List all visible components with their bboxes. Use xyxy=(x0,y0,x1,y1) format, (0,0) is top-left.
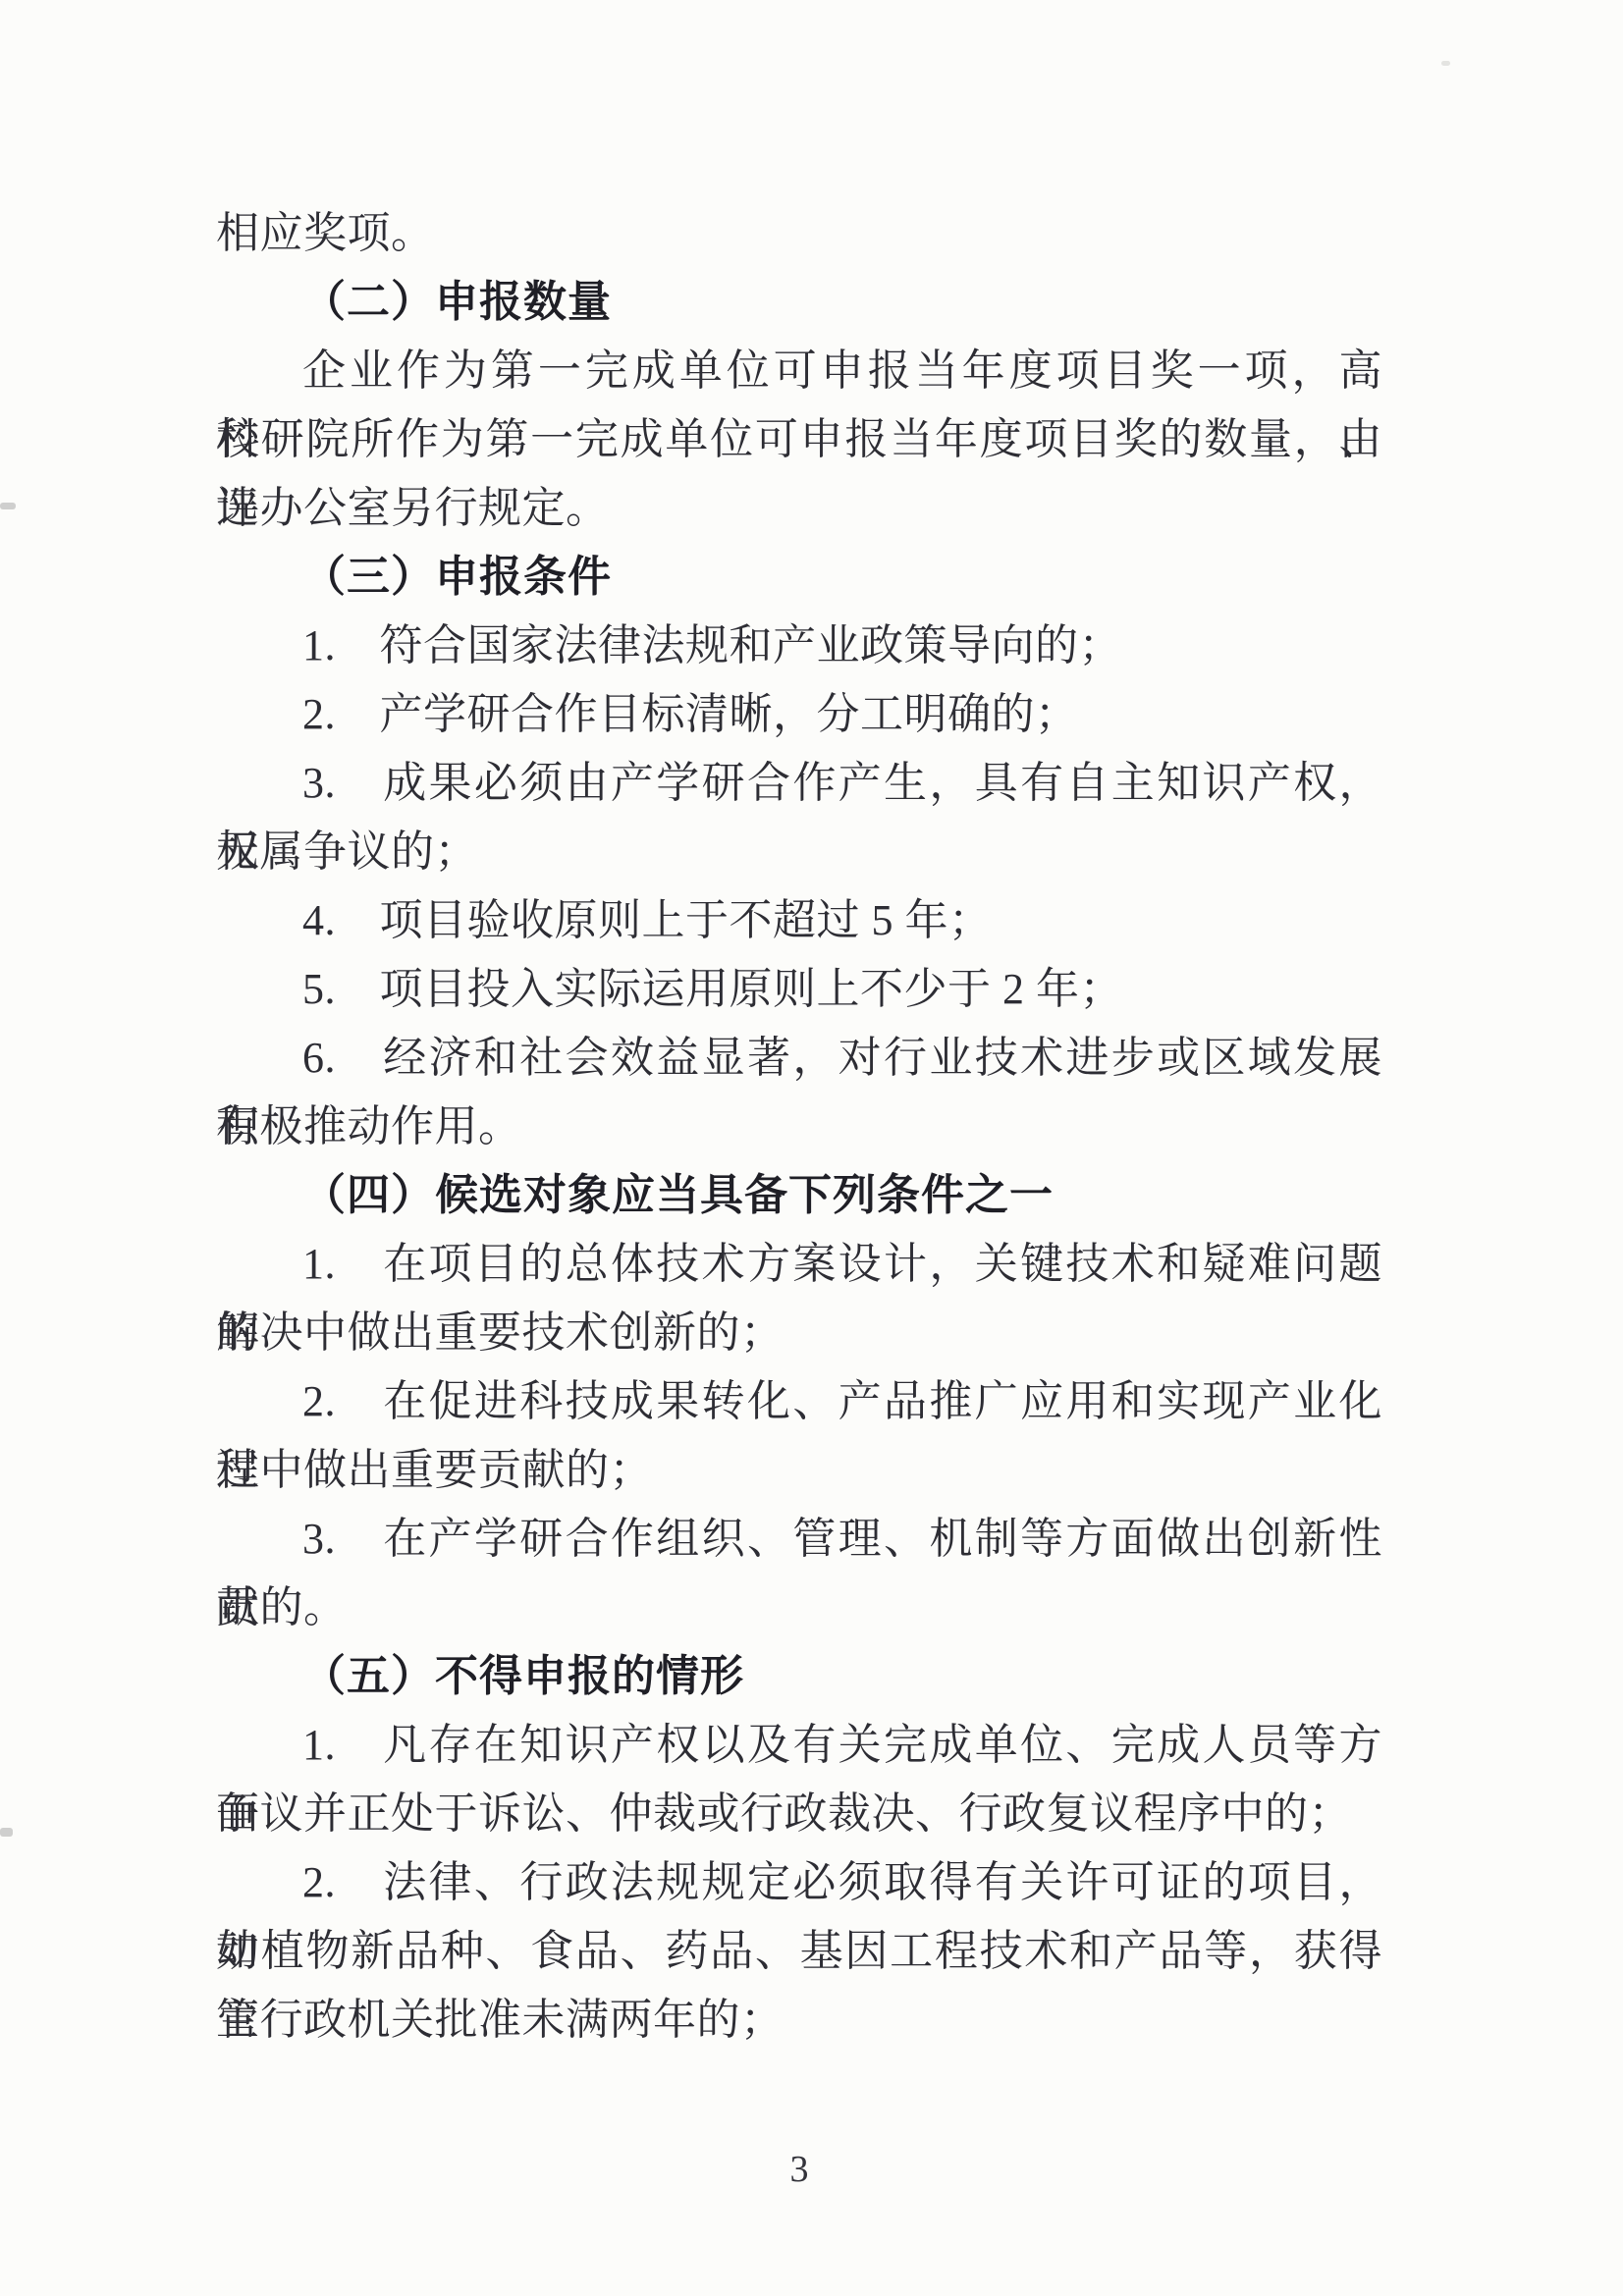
section-heading: （二）申报数量 xyxy=(216,268,1382,337)
document-line: 1. 在项目的总体技术方案设计，关键技术和疑难问题的 xyxy=(216,1230,1382,1299)
document-line: 程中做出重要贡献的； xyxy=(216,1436,1382,1505)
document-line: 企业作为第一完成单位可申报当年度项目奖一项，高校、 xyxy=(216,337,1382,405)
document-line: 1. 凡存在知识产权以及有关完成单位、完成人员等方面 xyxy=(216,1711,1382,1780)
section-heading: （五）不得申报的情形 xyxy=(216,1642,1382,1711)
document-line: 权属争议的； xyxy=(216,818,1382,886)
scan-artifact xyxy=(0,503,16,509)
document-line: 2. 在促进科技成果转化、产品推广应用和实现产业化过 xyxy=(216,1367,1382,1436)
document-line: 争议并正处于诉讼、仲裁或行政裁决、行政复议程序中的； xyxy=(216,1780,1382,1848)
document-line: 解决中做出重要技术创新的； xyxy=(216,1299,1382,1367)
page-number: 3 xyxy=(216,2148,1382,2191)
document-line: 3. 成果必须由产学研合作产生，具有自主知识产权，无 xyxy=(216,749,1382,818)
document-line: 选办公室另行规定。 xyxy=(216,474,1382,543)
document-page: 相应奖项。（二）申报数量企业作为第一完成单位可申报当年度项目奖一项，高校、科研院… xyxy=(0,0,1623,2296)
document-body: 相应奖项。（二）申报数量企业作为第一完成单位可申报当年度项目奖一项，高校、科研院… xyxy=(216,199,1382,2055)
document-line: 5. 项目投入实际运用原则上不少于 2 年； xyxy=(216,955,1382,1024)
scan-artifact xyxy=(1441,61,1450,66)
document-line: 积极推动作用。 xyxy=(216,1093,1382,1161)
document-line: 2. 产学研合作目标清晰，分工明确的； xyxy=(216,680,1382,749)
document-line: 献的。 xyxy=(216,1574,1382,1642)
document-line: 科研院所作为第一完成单位可申报当年度项目奖的数量，由评 xyxy=(216,405,1382,474)
document-line: 相应奖项。 xyxy=(216,199,1382,268)
document-line: 2. 法律、行政法规规定必须取得有关许可证的项目，如 xyxy=(216,1848,1382,1917)
document-line: 4. 项目验收原则上于不超过 5 年； xyxy=(216,886,1382,955)
section-heading: （三）申报条件 xyxy=(216,543,1382,612)
document-line: 1. 符合国家法律法规和产业政策导向的； xyxy=(216,612,1382,680)
document-line: 3. 在产学研合作组织、管理、机制等方面做出创新性贡 xyxy=(216,1505,1382,1574)
document-line: 6. 经济和社会效益显著，对行业技术进步或区域发展有 xyxy=(216,1024,1382,1093)
section-heading: （四）候选对象应当具备下列条件之一 xyxy=(216,1161,1382,1230)
document-line: 管行政机关批准未满两年的； xyxy=(216,1986,1382,2055)
scan-artifact xyxy=(0,1828,13,1837)
document-line: 动植物新品种、食品、药品、基因工程技术和产品等，获得主 xyxy=(216,1917,1382,1986)
